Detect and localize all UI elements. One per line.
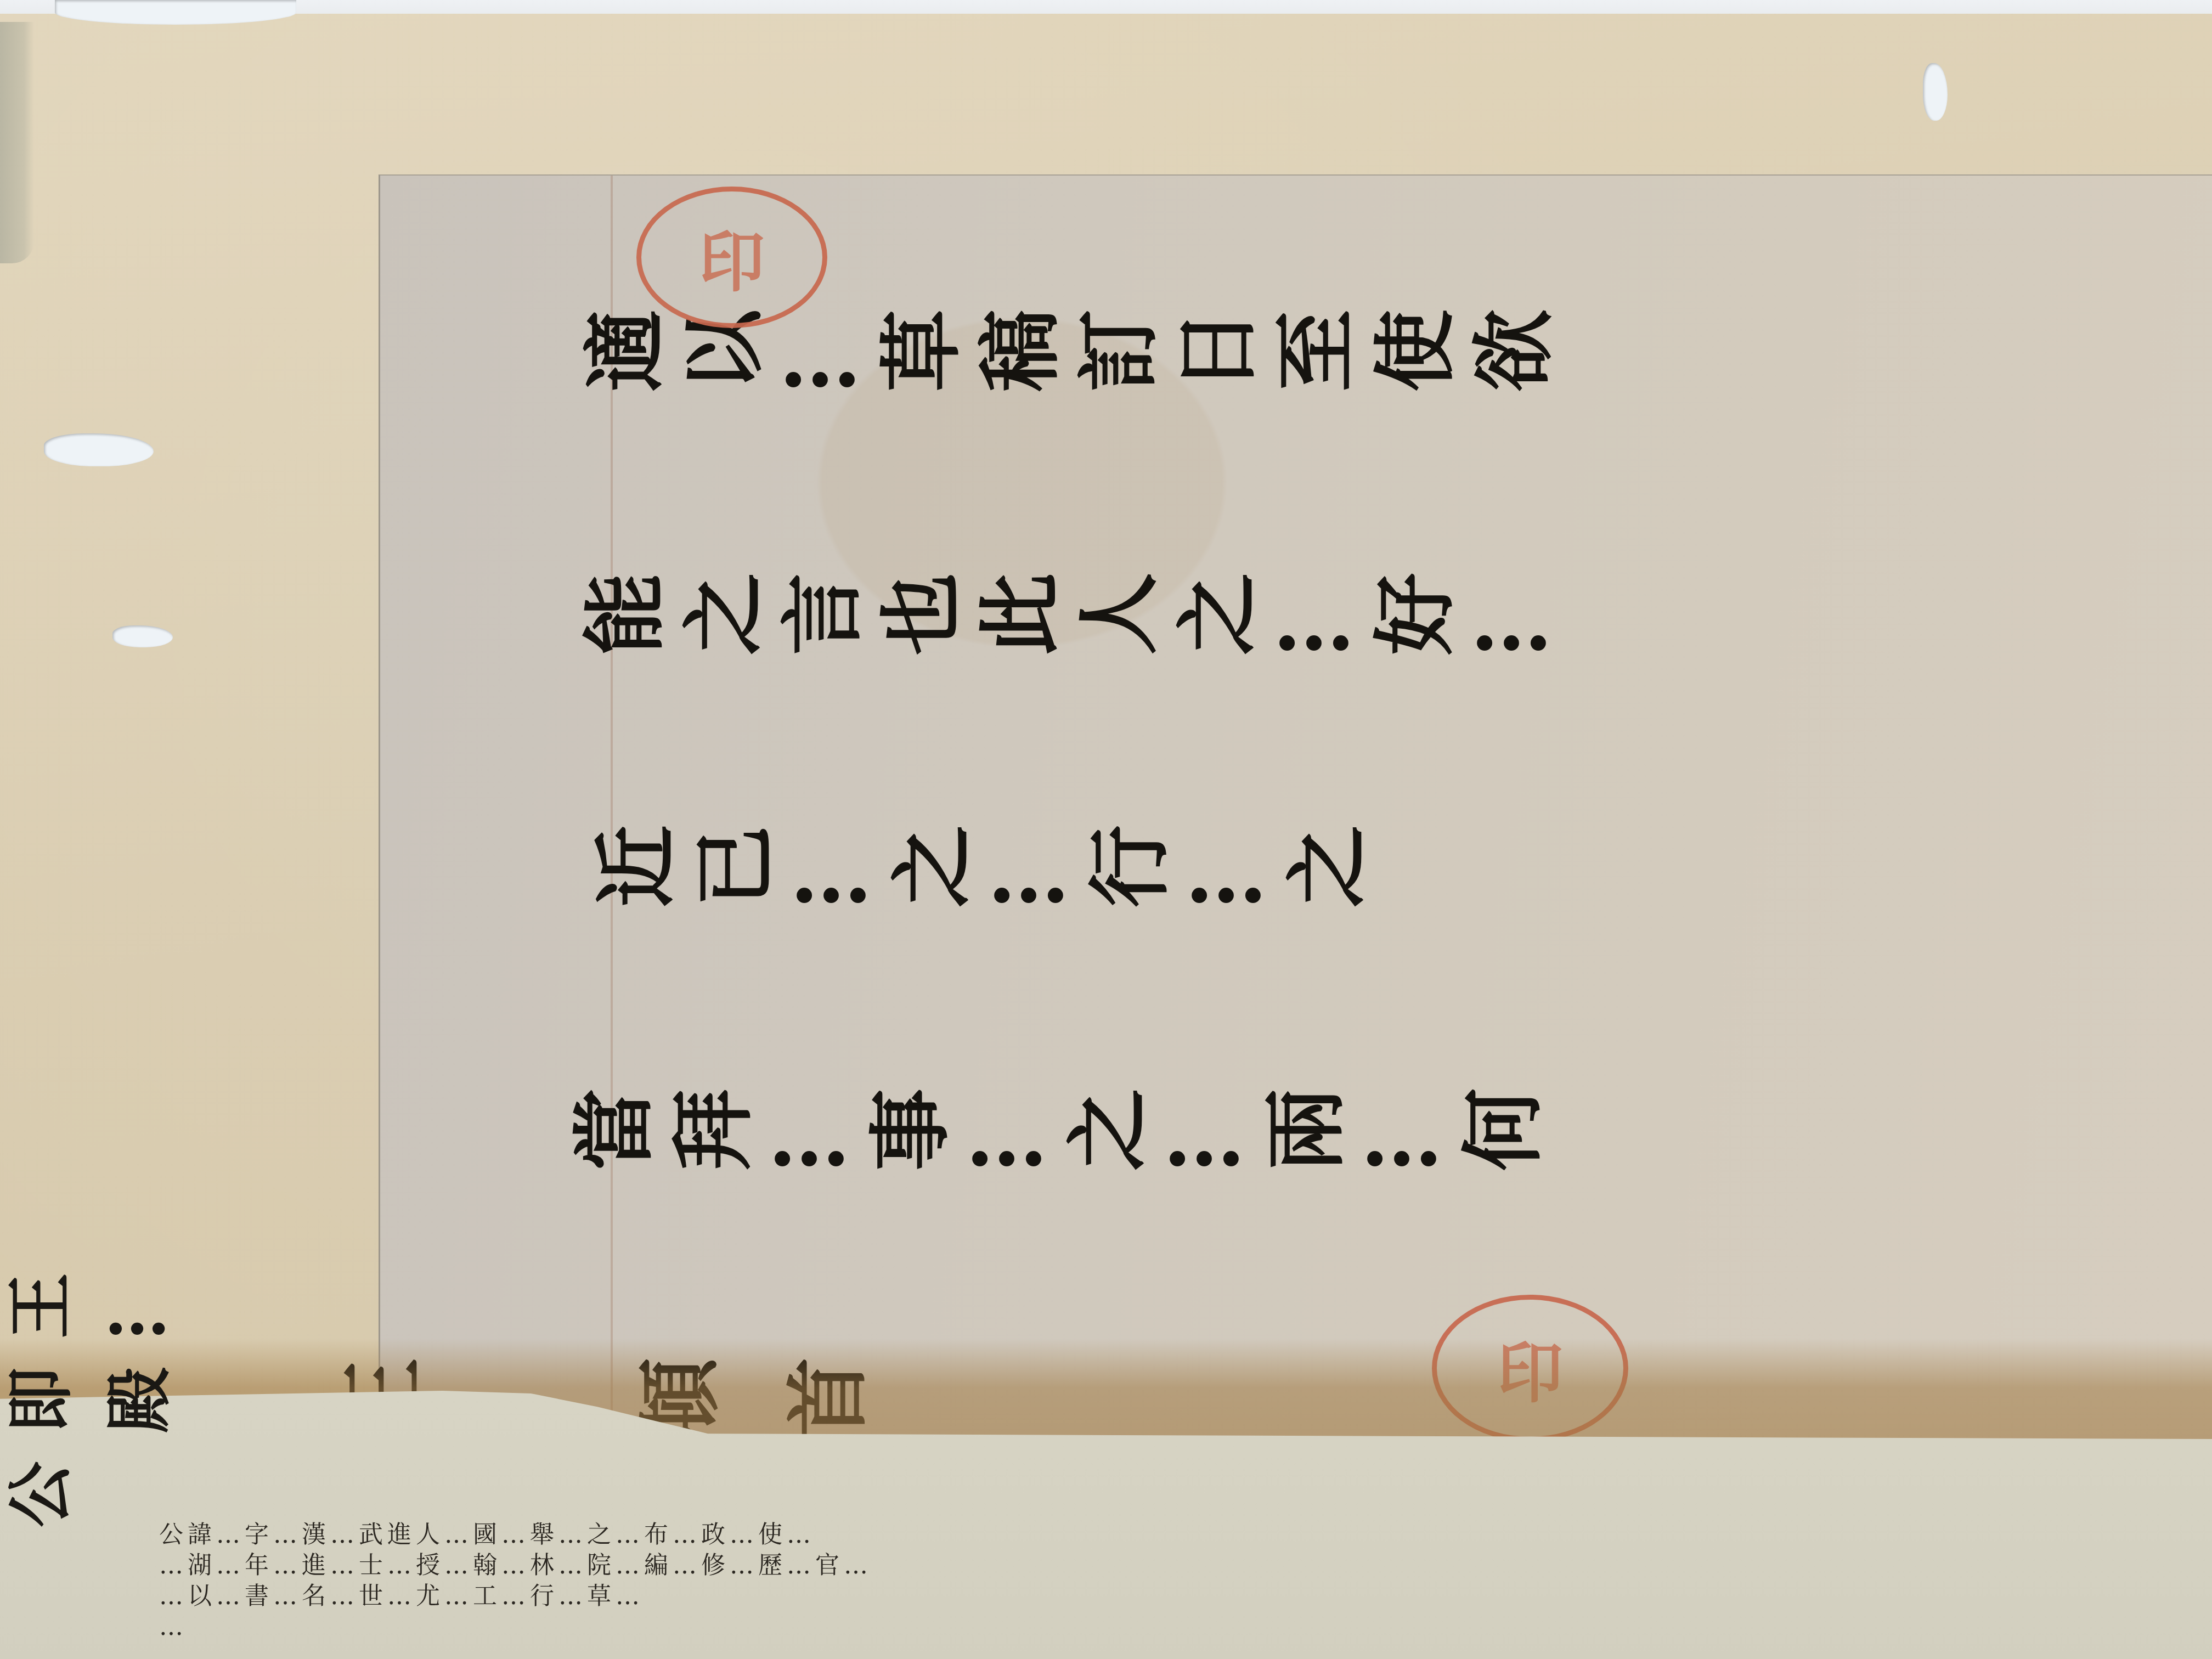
calligraphy-column-4: 當拜…事…之…兩…何 [571,1077,1558,1196]
calligraphy-column-3: 近已…之…行…之 [592,814,1383,933]
label-title: 王…即殿公 [5,1264,216,1547]
label-body: 公諱…字…漢…武進人…國…舉…之…布…政…使… …湖…年…進…士…授…翰…林…院… [159,1520,2212,1659]
label-line: …以…書…名…世…尤…工…行…草… [159,1581,2212,1612]
label-line: 公諱…字…漢…武進人…國…舉…之…布…政…使… [159,1520,2212,1550]
label-line: …湖…年…進…士…授…翰…林…院…編…修…歷…官… [159,1550,2212,1581]
label-line: … [159,1612,2212,1643]
seal-glyph: 印 [699,210,765,304]
calligraphy-column-2: 能之言也此人之…好… [582,562,1569,680]
red-seal-top: 印 [636,187,827,328]
